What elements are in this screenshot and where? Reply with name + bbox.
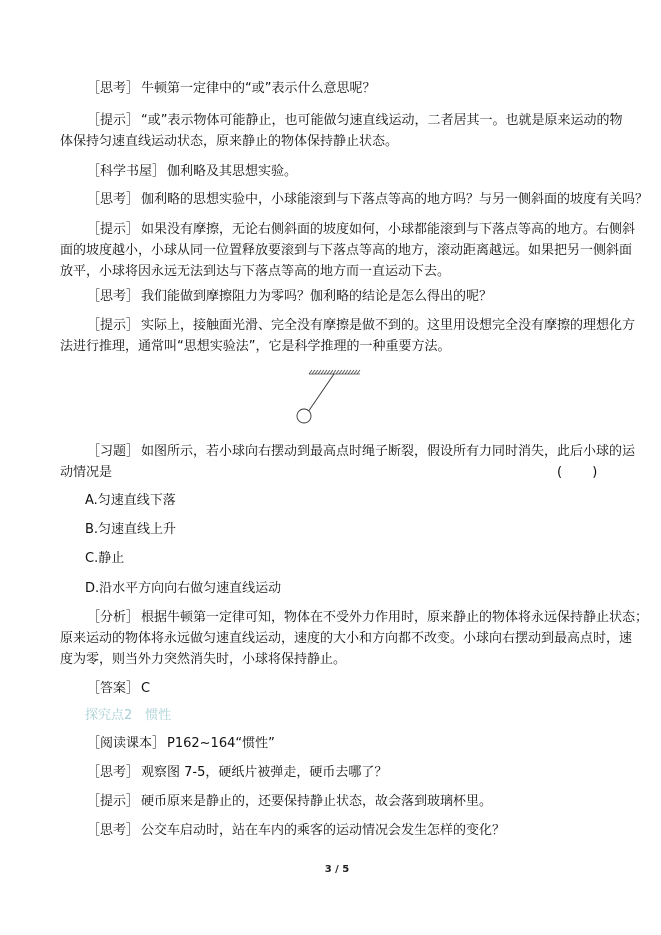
think-paragraph-5: ［思考］公交车启动时，站在车内的乘客的运动情况会发生怎样的变化？ [60,820,605,841]
think-paragraph-2: ［思考］伽利略的思想实验中，小球能滚到与下落点等高的地方吗？与另一侧斜面的坡度有… [60,189,605,210]
exercise-question: ［习题］如图所示，若小球向右摆动到最高点时绳子断裂，假设所有力同时消失，此后小球… [60,441,605,483]
paragraph-text: 根据牛顿第一定律可知，物体在不受外力作用时，原来静止的物体将永远保持静止状态； [141,610,648,625]
paragraph-line: ［阅读课本］P162~164“惯性” [60,733,605,754]
ceiling-hatch-icon [309,370,360,374]
paragraph-line: ［思考］牛顿第一定律中的“或”表示什么意思呢？ [60,78,605,99]
paragraph-line: ［思考］公交车启动时，站在车内的乘客的运动情况会发生怎样的变化？ [60,820,605,841]
option-b: B.匀速直线上升 [85,519,176,540]
paragraph-line: ［答案］C [60,678,605,699]
paragraph-line: ［思考］伽利略的思想实验中，小球能滚到与下落点等高的地方吗？与另一侧斜面的坡度有… [60,189,605,210]
paragraph-text: 牛顿第一定律中的“或”表示什么意思呢？ [141,81,375,96]
option-d: D.沿水平方向向右做匀速直线运动 [85,578,281,599]
paragraph-text: 伽利略的思想实验中，小球能滚到与下落点等高的地方吗？与另一侧斜面的坡度有关吗？ [141,192,648,207]
page-number: 3 / 5 [0,864,661,875]
option-a: A.匀速直线下落 [85,490,176,511]
paragraph-label: ［思考］ [87,765,139,780]
hint-paragraph-3: ［提示］实际上，接触面光滑、完全没有摩擦是做不到的。这里用设想完全没有摩擦的理想… [60,315,605,357]
paragraph-line: ［提示］“或”表示物体可能静止，也可能做匀速直线运动，二者居其一。也就是原来运动… [60,110,605,131]
paragraph-label: ［提示］ [87,113,139,128]
paragraph-label: ［分析］ [87,610,139,625]
think-paragraph-1: ［思考］牛顿第一定律中的“或”表示什么意思呢？ [60,78,605,99]
rope-line [309,374,334,411]
paragraph-label: ［思考］ [87,289,139,304]
paragraph-line: ［分析］根据牛顿第一定律可知，物体在不受外力作用时，原来静止的物体将永远保持静止… [60,607,605,628]
paragraph-text: 如图所示，若小球向右摆动到最高点时绳子断裂，假设所有力同时消失，此后小球的运 [141,444,635,459]
option-c: C.静止 [85,548,124,569]
paragraph-line: ［提示］如果没有摩擦，无论右侧斜面的坡度如何，小球都能滚到与下落点等高的地方。右… [60,219,605,240]
paragraph-text: 公交车启动时，站在车内的乘客的运动情况会发生怎样的变化？ [141,823,505,838]
paragraph-label: ［提示］ [87,222,139,237]
paragraph-line: ［提示］硬币原来是静止的，还要保持静止状态，故会落到玻璃杯里。 [60,791,605,812]
paragraph-label: ［科学书屋］ [87,164,165,179]
ball-icon [297,409,311,423]
paragraph-text: 伽利略及其思想实验。 [167,164,297,179]
answer-value: C [141,681,150,696]
paragraph-line: 体保持匀速直线运动状态，原来静止的物体保持静止状态。 [60,131,605,152]
paragraph-label: ［习题］ [87,444,139,459]
paragraph-line: ［思考］观察图 7-5，硬纸片被弹走，硬币去哪了？ [60,762,605,783]
paragraph-line: 放平，小球将因永远无法到达与下落点等高的地方而一直运动下去。 [60,261,605,282]
paragraph-text: “或”表示物体可能静止，也可能做匀速直线运动，二者居其一。也就是原来运动的物 [141,113,622,128]
pendulum-figure [290,365,370,427]
paragraph-line: ［思考］我们能做到摩擦阻力为零吗？伽利略的结论是怎么得出的呢？ [60,286,605,307]
paragraph-text: 我们能做到摩擦阻力为零吗？伽利略的结论是怎么得出的呢？ [141,289,492,304]
paragraph-label: ［思考］ [87,192,139,207]
paragraph-label: ［答案］ [87,681,139,696]
paragraph-text: P162~164“惯性” [167,736,275,751]
analysis-paragraph: ［分析］根据牛顿第一定律可知，物体在不受外力作用时，原来静止的物体将永远保持静止… [60,607,605,670]
paragraph-line: 原来运动的物体将永远做匀速直线运动，速度的大小和方向都不改变。小球向右摆动到最高… [60,628,605,649]
paragraph-text: 硬币原来是静止的，还要保持静止状态，故会落到玻璃杯里。 [141,794,492,809]
answer-blank: ( ) [557,462,597,483]
paragraph-label: ［思考］ [87,81,139,96]
think-paragraph-3: ［思考］我们能做到摩擦阻力为零吗？伽利略的结论是怎么得出的呢？ [60,286,605,307]
paragraph-line: 动情况是 [60,462,605,483]
section-heading: 探究点2 惯性 [85,705,171,726]
paragraph-line: 面的坡度越小，小球从同一位置释放要滚到与下落点等高的地方，滚动距离越远。如果把另… [60,240,605,261]
paragraph-text: 实际上，接触面光滑、完全没有摩擦是做不到的。这里用设想完全没有摩擦的理想化方 [141,318,635,333]
hint-paragraph-2: ［提示］如果没有摩擦，无论右侧斜面的坡度如何，小球都能滚到与下落点等高的地方。右… [60,219,605,282]
science-reading-paragraph: ［科学书屋］伽利略及其思想实验。 [60,161,605,182]
paragraph-label: ［阅读课本］ [87,736,165,751]
paragraph-label: ［提示］ [87,318,139,333]
paragraph-text: 观察图 7-5，硬纸片被弹走，硬币去哪了？ [141,765,387,780]
paragraph-line: ［提示］实际上，接触面光滑、完全没有摩擦是做不到的。这里用设想完全没有摩擦的理想… [60,315,605,336]
paragraph-line: 法进行推理，通常叫“思想实验法”，它是科学推理的一种重要方法。 [60,336,605,357]
hint-paragraph-4: ［提示］硬币原来是静止的，还要保持静止状态，故会落到玻璃杯里。 [60,791,605,812]
answer-paragraph: ［答案］C [60,678,605,699]
paragraph-text: 如果没有摩擦，无论右侧斜面的坡度如何，小球都能滚到与下落点等高的地方。右侧斜 [141,222,635,237]
paragraph-line: ［习题］如图所示，若小球向右摆动到最高点时绳子断裂，假设所有力同时消失，此后小球… [60,441,605,462]
think-paragraph-4: ［思考］观察图 7-5，硬纸片被弹走，硬币去哪了？ [60,762,605,783]
paragraph-line: 度为零，则当外力突然消失时，小球将保持静止。 [60,649,605,670]
hint-paragraph-1: ［提示］“或”表示物体可能静止，也可能做匀速直线运动，二者居其一。也就是原来运动… [60,110,605,152]
paragraph-line: ［科学书屋］伽利略及其思想实验。 [60,161,605,182]
paragraph-label: ［思考］ [87,823,139,838]
paragraph-label: ［提示］ [87,794,139,809]
read-textbook-paragraph: ［阅读课本］P162~164“惯性” [60,733,605,754]
